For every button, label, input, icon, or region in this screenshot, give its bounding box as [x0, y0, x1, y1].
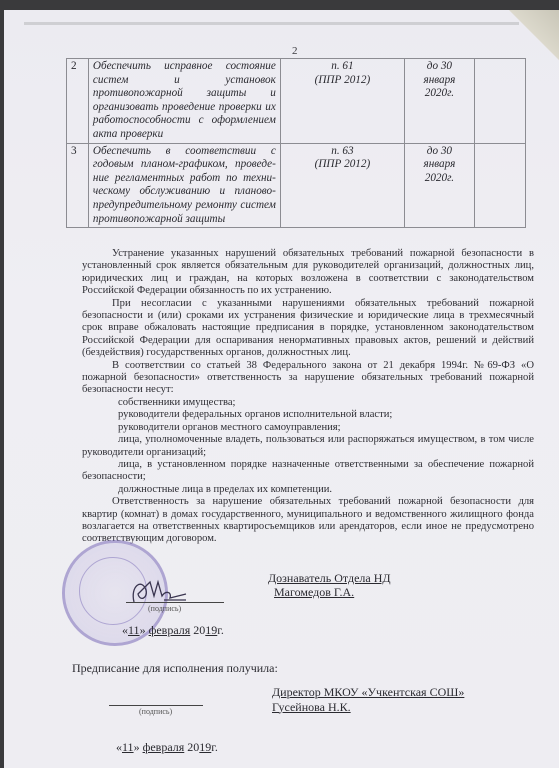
date-year-prefix: 20 — [184, 740, 199, 754]
recipient-position: Директор МКОУ «Учкентская СОШ» — [272, 685, 464, 700]
page-number: 2 — [292, 45, 298, 57]
deadline-day: до 30 — [409, 145, 470, 159]
row-reference: п. 61 (ППР 2012) — [280, 59, 404, 144]
deadline-year: 2020г. — [409, 87, 470, 101]
recipient-name: Гусейнова Н.К. — [272, 700, 464, 715]
list-item: руководители органов местного самоуправл… — [82, 422, 534, 434]
recipient-block: Директор МКОУ «Учкентская СОШ» Гусейнова… — [272, 685, 464, 714]
list-item: лица, уполномоченные владеть, пользовать… — [82, 434, 534, 459]
table-row: 3 Обеспечить в соответствии с годовым пл… — [67, 143, 526, 228]
deadline-day: до 30 — [409, 60, 470, 74]
page-top-edge — [24, 22, 519, 25]
issuer-name: Магомедов Г.А. — [268, 585, 391, 599]
deadline-month: января — [409, 74, 470, 88]
paragraph-elimination: Устранение указанных нарушений обязатель… — [82, 248, 534, 298]
issuer-block: Дознаватель Отдела НД Магомедов Г.А. — [268, 571, 391, 599]
date-year-suffix: 19 — [199, 740, 211, 754]
receipt-date: «11» февраля 2019г. — [116, 740, 218, 755]
issuer-date: «11» февраля 2019г. — [122, 623, 224, 638]
row-reference: п. 63 (ППР 2012) — [280, 143, 404, 228]
deadline-year: 2020г. — [409, 172, 470, 186]
quote-close: » — [134, 740, 143, 754]
date-month: февраля — [149, 623, 191, 637]
receipt-label: Предписание для исполнения получила: — [72, 661, 278, 676]
list-item: лица, в установленном порядке назначенны… — [82, 459, 534, 484]
list-item: собственники имущества; — [82, 397, 534, 409]
date-year-suffix: 19 — [205, 623, 217, 637]
paragraph-housing: Ответственность за нарушение обязательны… — [82, 496, 534, 546]
date-month: февраля — [143, 740, 185, 754]
body-text: Устранение указанных нарушений обязатель… — [82, 248, 534, 546]
row-deadline: до 30 января 2020г. — [404, 143, 474, 228]
date-day: 11 — [128, 623, 140, 637]
issuer-signature-line — [126, 602, 224, 603]
row-number: 3 — [67, 143, 89, 228]
paragraph-appeal: При несогласии с указанными нарушениями … — [82, 298, 534, 360]
row-task: Обеспечить в соответствии с годовым план… — [88, 143, 280, 228]
issuer-signature-caption: (подпись) — [148, 604, 181, 613]
date-day: 11 — [122, 740, 134, 754]
row-number: 2 — [67, 59, 89, 144]
row-task: Обеспечить исправное состояние систем и … — [88, 59, 280, 144]
deadline-month: января — [409, 158, 470, 172]
recipient-signature-line — [109, 705, 203, 706]
row-blank-cell — [474, 59, 525, 144]
row-blank-cell — [474, 143, 525, 228]
list-item: руководители федеральных органов исполни… — [82, 409, 534, 421]
recipient-signature-caption: (подпись) — [139, 707, 172, 716]
issuer-position: Дознаватель Отдела НД — [268, 571, 391, 585]
quote-close: » — [140, 623, 149, 637]
paragraph-responsibility: В соответствии со статьей 38 Федеральног… — [82, 360, 534, 397]
reference-source: (ППР 2012) — [285, 74, 400, 88]
requirements-table: 2 Обеспечить исправное состояние систем … — [66, 58, 526, 228]
reference-clause: п. 63 — [285, 145, 400, 159]
list-item: должностные лица в пределах их компетенц… — [82, 484, 534, 496]
reference-source: (ППР 2012) — [285, 158, 400, 172]
date-tail: г. — [211, 740, 218, 754]
date-year-prefix: 20 — [190, 623, 205, 637]
date-tail: г. — [217, 623, 224, 637]
row-deadline: до 30 января 2020г. — [404, 59, 474, 144]
reference-clause: п. 61 — [285, 60, 400, 74]
table-row: 2 Обеспечить исправное состояние систем … — [67, 59, 526, 144]
